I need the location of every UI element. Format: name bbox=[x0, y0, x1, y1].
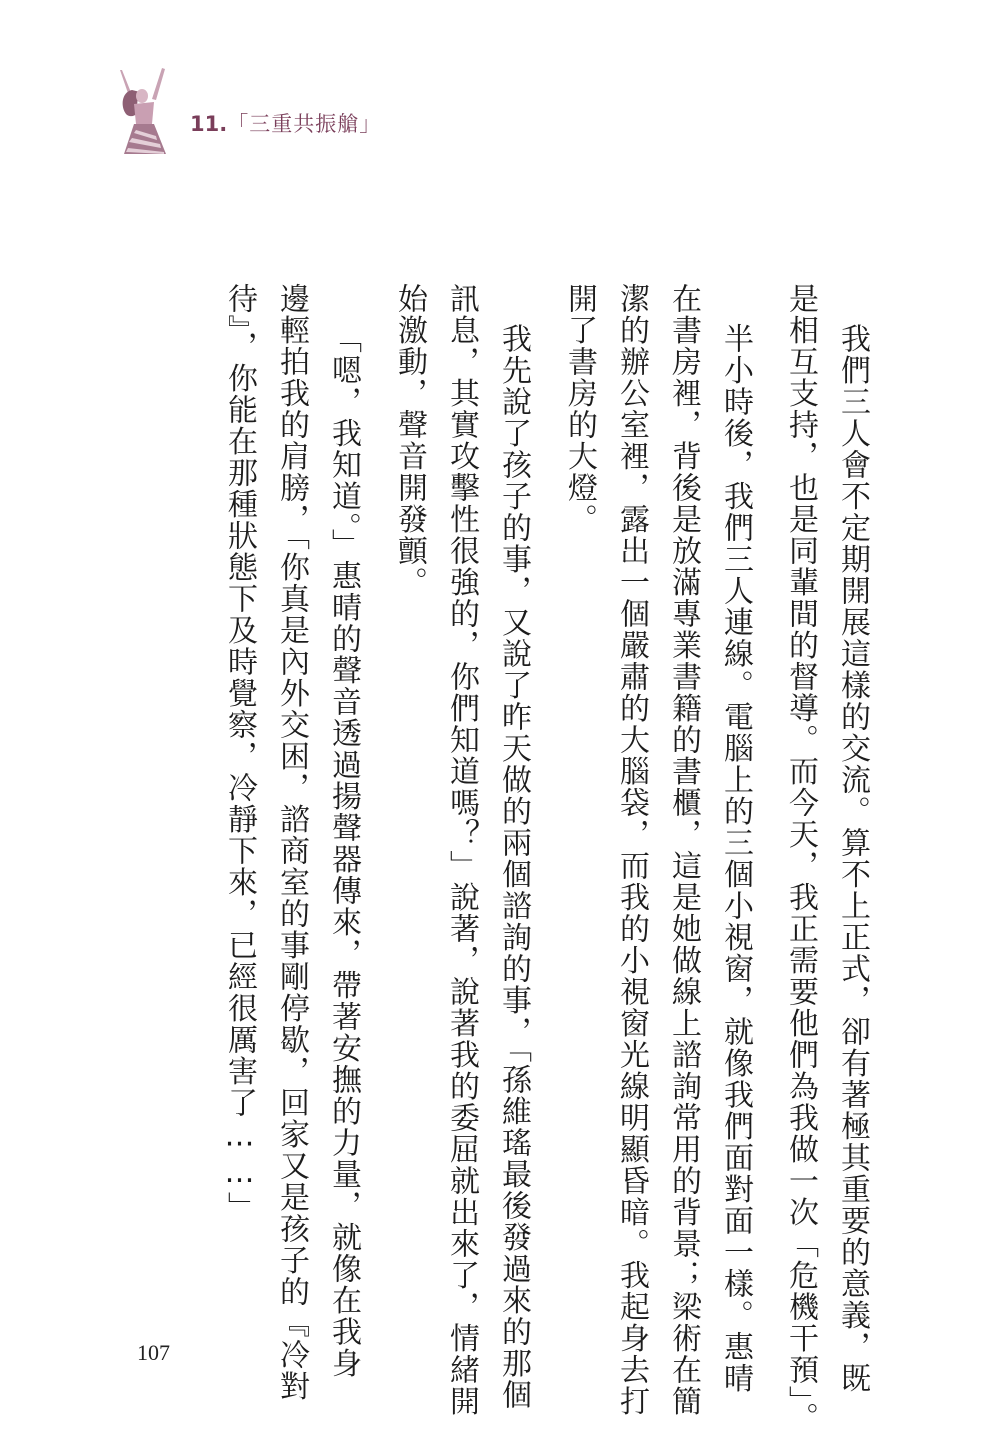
text-column-3: 半小時後，我們三人連線。電腦上的三個小視窗，就像我們面對面一樣。惠晴 bbox=[715, 283, 755, 1394]
chapter-header: 11.「三重共振艙」 bbox=[112, 66, 512, 156]
chapter-title-text: 「三重共振艙」 bbox=[227, 112, 381, 136]
text-column-12: 待』，你能在那種狀態下及時覺察，冷靜下來，已經很厲害了……」 bbox=[219, 283, 259, 1223]
text-column-7: 我先說了孩子的事，又說了昨天做的兩個諮詢的事，「孫維瑤最後發過來的那個 bbox=[493, 283, 533, 1411]
text-column-1: 我們三人會不定期開展這樣的交流。算不上正式，卻有著極其重要的意義，既 bbox=[832, 283, 872, 1394]
chapter-number: 11. bbox=[190, 112, 227, 136]
chapter-title: 11.「三重共振艙」 bbox=[190, 108, 381, 138]
vertical-text-body: 我們三人會不定期開展這樣的交流。算不上正式，卻有著極其重要的意義，既 是相互支持… bbox=[152, 283, 872, 1283]
woman-raising-arms-icon bbox=[112, 66, 172, 154]
text-column-4: 在書房裡，背後是放滿專業書籍的書櫃，這是她做線上諮詢常用的背景；梁術在簡 bbox=[663, 283, 703, 1417]
text-column-11: 邊輕拍我的肩膀，「你真是內外交困，諮商室的事剛停歇，回家又是孩子的『冷對 bbox=[271, 283, 311, 1402]
text-column-5: 潔的辦公室裡，露出一個嚴肅的大腦袋，而我的小視窗光線明顯昏暗。我起身去打 bbox=[611, 283, 651, 1417]
text-column-9: 始激動，聲音開發顫。 bbox=[389, 283, 429, 598]
page-number: 107 bbox=[137, 1340, 170, 1366]
text-column-2: 是相互支持，也是同輩間的督導。而今天，我正需要他們為我做一次「危機干預」。 bbox=[780, 283, 820, 1429]
text-column-8: 訊息，其實攻擊性很強的，你們知道嗎？」說著，說著我的委屈就出來了，情緒開 bbox=[441, 283, 481, 1417]
text-column-6: 開了書房的大燈。 bbox=[559, 283, 599, 535]
text-column-10: 「嗯，我知道。」惠晴的聲音透過揚聲器傳來，帶著安撫的力量，就像在我身 bbox=[323, 283, 363, 1379]
